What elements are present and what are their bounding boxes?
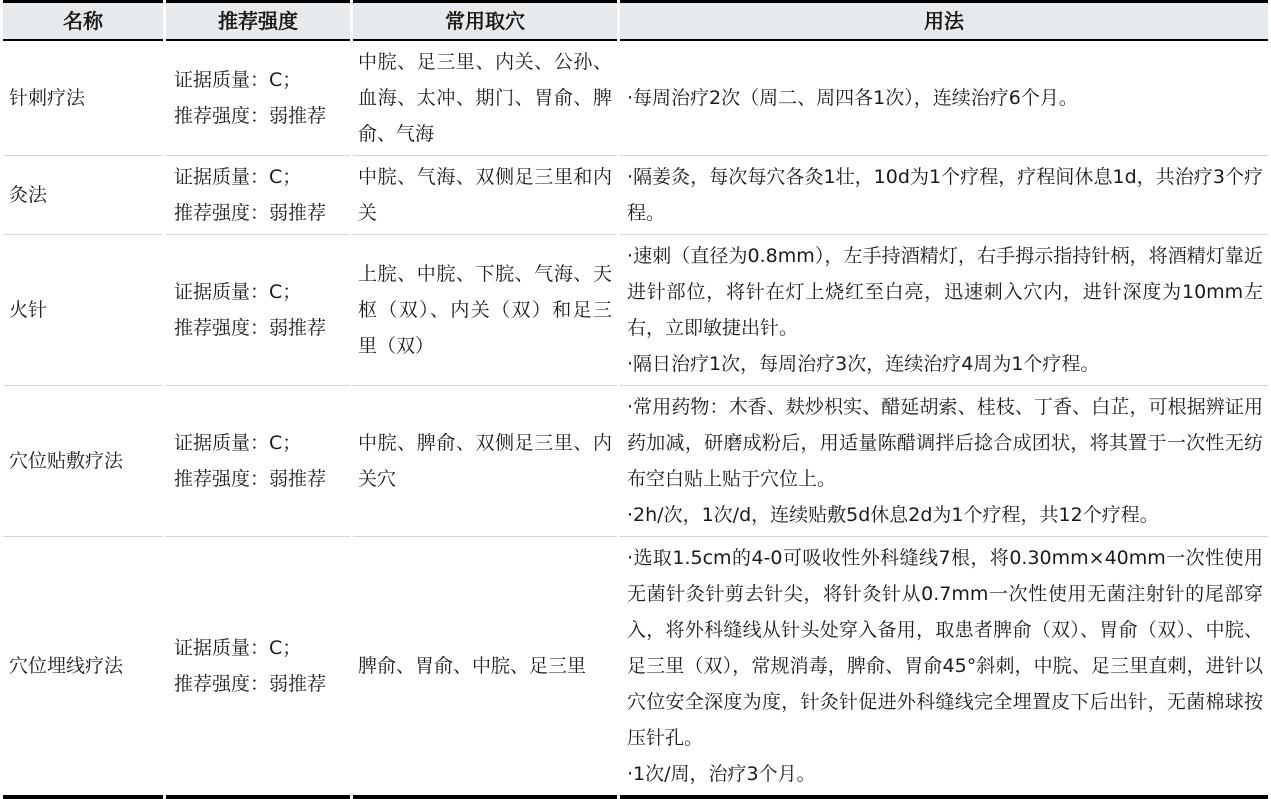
table-row: 针刺疗法证据质量：C；推荐强度：弱推荐中脘、足三里、内关、公孙、血海、太冲、期门…: [3, 41, 1268, 156]
evidence-quality: 证据质量：C；: [174, 630, 346, 666]
document-page: 名称 推荐强度 常用取穴 用法 针刺疗法证据质量：C；推荐强度：弱推荐中脘、足三…: [0, 0, 1271, 799]
acupoints-text: 中脘、足三里、内关、公孙、血海、太冲、期门、胃俞、脾俞、气海: [358, 51, 612, 145]
therapy-name: 针刺疗法: [9, 87, 85, 109]
acupoints-text: 上脘、中脘、下脘、气海、天枢（双）、内关（双）和足三里（双）: [358, 263, 612, 357]
acupoints-cell: 上脘、中脘、下脘、气海、天枢（双）、内关（双）和足三里（双）: [353, 235, 617, 386]
therapy-name-cell: 针刺疗法: [3, 41, 163, 156]
usage-item: ·2h/次，1次/d，连续贴敷5d休息2d为1个疗程，共12个疗程。: [627, 497, 1263, 533]
acupoints-cell: 中脘、足三里、内关、公孙、血海、太冲、期门、胃俞、脾俞、气海: [353, 41, 617, 156]
usage-text: 常用药物：木香、麸炒枳实、醋延胡索、桂枝、丁香、白芷，可根据辨证用药加减，研磨成…: [627, 396, 1263, 490]
usage-text: 隔姜灸，每次每穴各灸1壮，10d为1个疗程，疗程间休息1d，共治疗3个疗程。: [627, 166, 1263, 224]
acupoints-cell: 中脘、气海、双侧足三里和内关: [353, 156, 617, 235]
recommendation-cell: 证据质量：C；推荐强度：弱推荐: [166, 156, 350, 235]
therapy-name: 灸法: [9, 184, 47, 206]
usage-cell: ·常用药物：木香、麸炒枳实、醋延胡索、桂枝、丁香、白芷，可根据辨证用药加减，研磨…: [620, 386, 1268, 537]
recommendation-strength: 推荐强度：弱推荐: [174, 195, 346, 231]
table-header: 名称 推荐强度 常用取穴 用法: [3, 0, 1268, 41]
usage-text: 2h/次，1次/d，连续贴敷5d休息2d为1个疗程，共12个疗程。: [633, 504, 1159, 526]
therapy-name-cell: 穴位贴敷疗法: [3, 386, 163, 537]
recommendation-cell: 证据质量：C；推荐强度：弱推荐: [166, 41, 350, 156]
evidence-quality: 证据质量：C；: [174, 274, 346, 310]
recommendation-strength: 推荐强度：弱推荐: [174, 310, 346, 346]
therapy-name-cell: 灸法: [3, 156, 163, 235]
col-header-acupoints: 常用取穴: [353, 0, 617, 41]
col-header-name: 名称: [3, 0, 163, 41]
recommendation-cell: 证据质量：C；推荐强度：弱推荐: [166, 537, 350, 799]
usage-item: ·速刺（直径为0.8mm），左手持酒精灯，右手拇示指持针柄，将酒精灯靠近进针部位…: [627, 238, 1263, 346]
usage-item: ·选取1.5cm的4-0可吸收性外科缝线7根，将0.30mm×40mm一次性使用…: [627, 540, 1263, 756]
usage-text: 每周治疗2次（周二、周四各1次），连续治疗6个月。: [633, 87, 1078, 109]
therapy-name: 穴位埋线疗法: [9, 655, 123, 677]
table-body: 针刺疗法证据质量：C；推荐强度：弱推荐中脘、足三里、内关、公孙、血海、太冲、期门…: [3, 41, 1268, 799]
usage-cell: ·选取1.5cm的4-0可吸收性外科缝线7根，将0.30mm×40mm一次性使用…: [620, 537, 1268, 799]
acupoints-text: 中脘、气海、双侧足三里和内关: [358, 166, 612, 224]
therapy-table: 名称 推荐强度 常用取穴 用法 针刺疗法证据质量：C；推荐强度：弱推荐中脘、足三…: [0, 0, 1271, 799]
therapy-name-cell: 火针: [3, 235, 163, 386]
usage-item: ·常用药物：木香、麸炒枳实、醋延胡索、桂枝、丁香、白芷，可根据辨证用药加减，研磨…: [627, 389, 1263, 497]
table-row: 火针证据质量：C；推荐强度：弱推荐上脘、中脘、下脘、气海、天枢（双）、内关（双）…: [3, 235, 1268, 386]
therapy-name: 穴位贴敷疗法: [9, 450, 123, 472]
table-row: 灸法证据质量：C；推荐强度：弱推荐中脘、气海、双侧足三里和内关·隔姜灸，每次每穴…: [3, 156, 1268, 235]
therapy-name: 火针: [9, 299, 47, 321]
recommendation-cell: 证据质量：C；推荐强度：弱推荐: [166, 386, 350, 537]
evidence-quality: 证据质量：C；: [174, 159, 346, 195]
usage-text: 速刺（直径为0.8mm），左手持酒精灯，右手拇示指持针柄，将酒精灯靠近进针部位，…: [627, 245, 1263, 339]
usage-item: ·每周治疗2次（周二、周四各1次），连续治疗6个月。: [627, 80, 1263, 116]
usage-text: 选取1.5cm的4-0可吸收性外科缝线7根，将0.30mm×40mm一次性使用无…: [627, 547, 1263, 749]
recommendation-strength: 推荐强度：弱推荐: [174, 666, 346, 702]
usage-item: ·隔日治疗1次，每周治疗3次，连续治疗4周为1个疗程。: [627, 346, 1263, 382]
usage-cell: ·每周治疗2次（周二、周四各1次），连续治疗6个月。: [620, 41, 1268, 156]
recommendation-strength: 推荐强度：弱推荐: [174, 98, 346, 134]
col-header-strength: 推荐强度: [166, 0, 350, 41]
usage-item: ·隔姜灸，每次每穴各灸1壮，10d为1个疗程，疗程间休息1d，共治疗3个疗程。: [627, 159, 1263, 231]
evidence-quality: 证据质量：C；: [174, 62, 346, 98]
usage-text: 1次/周，治疗3个月。: [633, 763, 816, 785]
therapy-name-cell: 穴位埋线疗法: [3, 537, 163, 799]
usage-cell: ·速刺（直径为0.8mm），左手持酒精灯，右手拇示指持针柄，将酒精灯靠近进针部位…: [620, 235, 1268, 386]
usage-text: 隔日治疗1次，每周治疗3次，连续治疗4周为1个疗程。: [633, 353, 1099, 375]
acupoints-cell: 中脘、脾俞、双侧足三里、内关穴: [353, 386, 617, 537]
recommendation-cell: 证据质量：C；推荐强度：弱推荐: [166, 235, 350, 386]
acupoints-text: 中脘、脾俞、双侧足三里、内关穴: [358, 432, 612, 490]
acupoints-cell: 脾俞、胃俞、中脘、足三里: [353, 537, 617, 799]
usage-cell: ·隔姜灸，每次每穴各灸1壮，10d为1个疗程，疗程间休息1d，共治疗3个疗程。: [620, 156, 1268, 235]
usage-item: ·1次/周，治疗3个月。: [627, 756, 1263, 792]
table-row: 穴位贴敷疗法证据质量：C；推荐强度：弱推荐中脘、脾俞、双侧足三里、内关穴·常用药…: [3, 386, 1268, 537]
col-header-usage: 用法: [620, 0, 1268, 41]
header-row: 名称 推荐强度 常用取穴 用法: [3, 0, 1268, 41]
recommendation-strength: 推荐强度：弱推荐: [174, 461, 346, 497]
table-row: 穴位埋线疗法证据质量：C；推荐强度：弱推荐脾俞、胃俞、中脘、足三里·选取1.5c…: [3, 537, 1268, 799]
acupoints-text: 脾俞、胃俞、中脘、足三里: [358, 655, 586, 677]
evidence-quality: 证据质量：C；: [174, 425, 346, 461]
